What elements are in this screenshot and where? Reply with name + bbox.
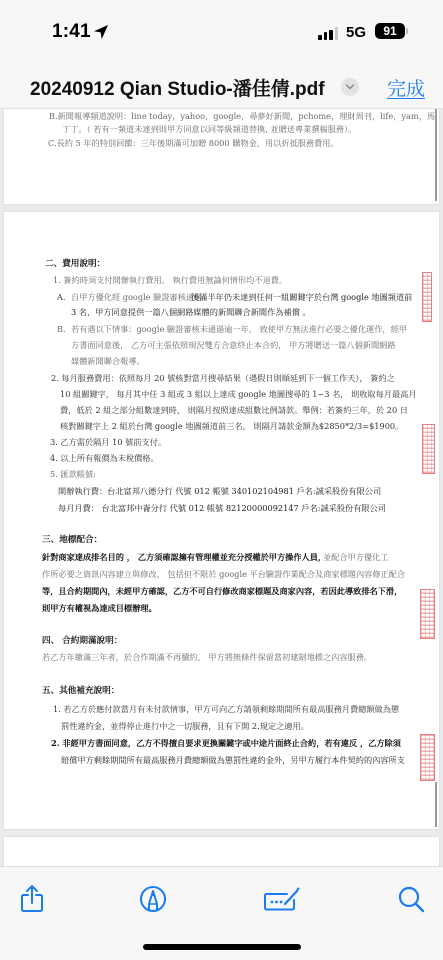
fee-item-1a-line2: 3 名，甲方同意提供一篇八個網路媒體的新聞聯合新聞作為補償 。 [71,305,311,320]
s5-item1-line2: 罰性違約金，並得停止進行中之一切服務，且有下開 2.規定之適用。 [61,719,309,734]
s3-line3: 等，且合約期間內，未經甲方確認，乙方不可自行修改商家標題及商家內容，若因此導致排… [42,584,402,599]
fee-item-2-line3: 費，低於 2 組之部分組數達到時， 則隔月按照達成組數比例請款。舉例：若簽約三年… [60,403,408,418]
bank-account-monthly: 每月月費： 台北富邦中崙分行 代號 012 帳號 82120000092147 … [58,501,386,516]
fee-item-4: 4. 以上所有報價為未稅價格。 [50,451,159,466]
share-icon[interactable] [16,883,48,915]
done-button[interactable]: 完成 [387,74,425,101]
status-bar: 1:41 5G 91 [0,0,443,62]
section-5-heading: 五、其他補充說明： [42,684,119,699]
battery-icon: 91 [375,23,405,39]
pdf-page-1: B.新聞報導頻道說明：line today，yahoo，google，尋夢好新聞… [4,109,439,204]
cellular-signal-icon [318,27,338,40]
section-2-heading: 二、費用說明： [45,257,105,272]
markup-pen-icon[interactable] [137,883,169,915]
page1-line-c: C.長約 5 年的特別回饋：三年後期滿可加贈 8000 購物金，用以折抵服務費用… [48,136,339,151]
fee-item-1b-line1: 若有遇以下情事：google 驗證審核未通過逾一年， 致使甲方無法進行必要之優化… [71,322,407,337]
fee-item-1b-line3: 媒體新聞聯合報導。 [71,354,145,369]
network-type: 5G [346,24,366,41]
s5-item2-line1: 2. 非經甲方書面同意，乙方不得擅自要求更換關鍵字或中途片面終止合約，若有違反 … [51,736,401,751]
seal-stamp [420,734,435,781]
fee-item-1b-line2: 方書面同意後， 乙方可主張依照現況雙方合意終止本合約， 甲方將贈送一篇八個新聞網… [71,338,396,353]
page1-line-b2: 丁丁。（ 若有一頻道未達到則甲方同意以同等級頻道替換, 並贈送專業撰稿服務）。 [62,122,356,137]
page-edge-line [435,109,437,201]
signature-icon[interactable] [263,883,301,915]
chevron-down-icon [345,83,355,91]
fee-item-2-line1: 2. 每月服務費用：依照每月 20 號核對當月搜尋結果（遇假日則順延到下一個工作… [51,371,395,386]
s3-line1-bold: 針對商家達成排名目的 ， 乙方須確認擁有管理權並充分授權於甲方操作人員， [42,550,326,565]
seal-stamp [420,589,435,639]
section-3-heading: 三、地標配合： [42,533,102,548]
status-time: 1:41 [52,21,91,43]
section-4-heading: 四、 合約期滿說明： [42,634,122,649]
fee-item-1a-line1-bold: 後滿半年仍未達到任何一組關鍵字於台灣 google 地圖頻道前 [191,290,412,305]
fee-item-1: 1. 簽約時須支付開辦執行費用。 執行費用無論何情形均不退費。 [53,273,287,288]
home-indicator[interactable] [143,944,301,950]
title-menu-button[interactable] [341,78,359,96]
navigation-bar: 20240912 Qian Studio-潘佳倩.pdf 完成 [0,62,443,109]
s5-item1-line1: 1. 若乙方於應付款當月有未付款情事，甲方可向乙方請領剩餘期間所有最高服務月費總… [53,702,399,717]
document-title[interactable]: 20240912 Qian Studio-潘佳倩.pdf [30,74,325,101]
s5-item2-line2: 賠償甲方剩餘期間所有最高服務月費總額做為懲罰性違約金外，另甲方履行本件契約的內容… [61,753,405,768]
s3-line2: 作所必要之資訊內容建立與修改， 包括但不限於 google 平台驗證作業配合及商… [42,567,405,582]
seal-stamp [422,424,435,474]
fee-item-1a-label: A. [57,290,66,305]
seal-stamp [422,272,432,322]
fee-item-3: 3. 乙方需於隔月 10 號前支付。 [50,435,166,450]
page-edge-line [435,782,437,827]
location-arrow-icon [93,24,109,40]
pdf-page-3 [4,837,439,866]
fee-item-2-line2: 10 組關鍵字， 每月其中任 3 組或 3 組以上達成 google 地圖搜尋的… [60,387,417,402]
pdf-page-2: 二、費用說明： 1. 簽約時須支付開辦執行費用。 執行費用無論何情形均不退費。 … [4,212,439,829]
s3-line4: 則甲方有權視為達成目標辦理。 [42,601,157,616]
pdf-viewer[interactable]: B.新聞報導頻道說明：line today，yahoo，google，尋夢好新聞… [0,109,443,866]
s3-line1-light: 並配合甲方優化工 [323,550,389,565]
s4-line1: 若乙方年繳滿三年者，於合作期滿不再續約， 甲方將無條件保留當初建制地標之內容服務… [42,650,372,665]
fee-item-1a-line1-light: 自甲方優化經 google 驗證審核通過 [71,290,202,305]
bank-account-setup: 開辦執行費：台北富邦八德分行 代號 012 帳號 340102104981 戶名… [58,484,381,499]
battery-tip [406,28,408,34]
fee-item-2-line4: 核對關鍵字上 2 組於台灣 google 地圖頻道前三名， 則隔月請款金額為$2… [60,419,403,434]
fee-item-1b-label: B. [57,322,66,337]
fee-item-5: 5. 匯款帳號: [50,467,96,482]
search-icon[interactable] [395,883,427,915]
